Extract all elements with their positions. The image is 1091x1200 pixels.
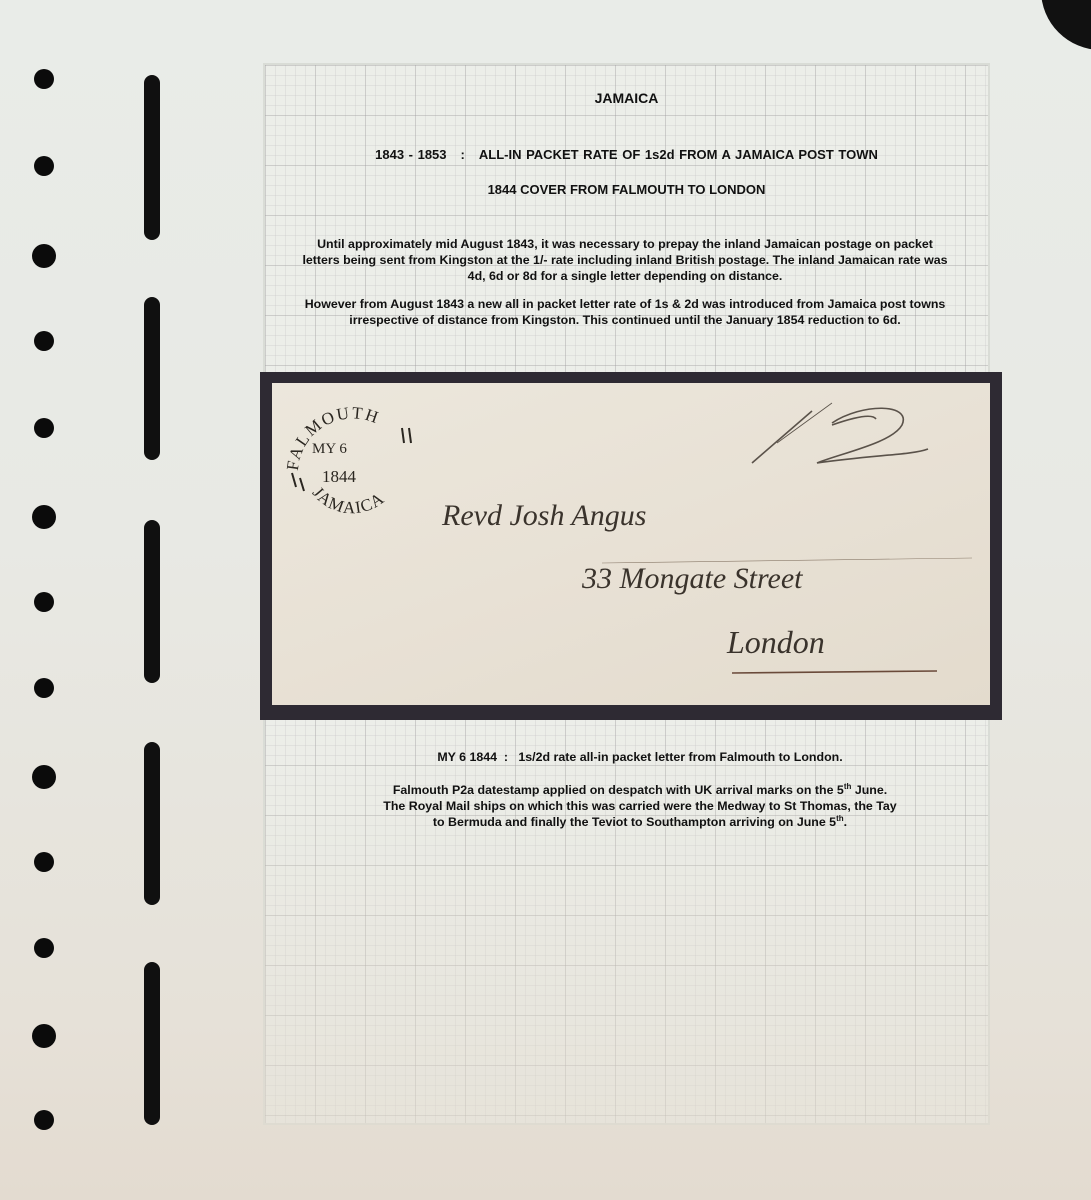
falmouth-datestamp-icon: FALMOUTH JAMAICA MY 6 1844 [283, 403, 411, 517]
page-title: JAMAICA [263, 90, 990, 106]
binder-hole [32, 505, 56, 529]
binder-hole [34, 1110, 54, 1130]
datestamp-year: 1844 [322, 467, 357, 486]
binder-hole [34, 331, 54, 351]
page-subtitle: 1843 - 1853:ALL-IN PACKET RATE OF 1s2d F… [263, 147, 990, 162]
binder-hole [32, 765, 56, 789]
description-paragraph-1: Until approximately mid August 1843, it … [300, 236, 950, 284]
rate-marking-icon [752, 403, 928, 463]
notes-line-1: Falmouth P2a datestamp applied on despat… [300, 782, 980, 798]
binder-slot [144, 520, 160, 683]
binder-hole [34, 69, 54, 89]
datestamp-bottom-text: JAMAICA [309, 483, 388, 517]
binder-hole [34, 156, 54, 176]
caption-description: 1s/2d rate all-in packet letter from Fal… [518, 750, 842, 764]
cover-caption: MY 6 1844 : 1s/2d rate all-in packet let… [300, 750, 980, 764]
subtitle-separator: : [461, 147, 465, 162]
postal-cover: FALMOUTH JAMAICA MY 6 1844 [272, 383, 990, 705]
binder-hole [32, 1024, 56, 1048]
handwritten-address: Revd Josh Angus 33 Mongate Street London [441, 499, 972, 673]
subtitle-period: 1843 - 1853 [375, 147, 446, 162]
binder-hole [32, 244, 56, 268]
binder-hole [34, 418, 54, 438]
svg-text:JAMAICA: JAMAICA [309, 483, 388, 517]
address-line-street: 33 Mongate Street [581, 562, 803, 595]
description-paragraph-2: However from August 1843 a new all in pa… [300, 296, 950, 328]
datestamp-date: MY 6 [312, 441, 347, 457]
binder-hole [34, 938, 54, 958]
caption-separator: : [504, 750, 508, 764]
binder-slot [144, 742, 160, 905]
caption-date: MY 6 1844 [437, 750, 497, 764]
datestamp-top-text: FALMOUTH [283, 403, 383, 471]
cover-notes: Falmouth P2a datestamp applied on despat… [300, 782, 980, 830]
binder-slot [144, 297, 160, 460]
binder-slot [144, 962, 160, 1125]
notes-line-2: The Royal Mail ships on which this was c… [300, 798, 980, 814]
address-line-city: London [726, 624, 825, 660]
address-line-name: Revd Josh Angus [441, 499, 646, 532]
subtitle-heading: ALL-IN PACKET RATE OF 1s2d FROM A JAMAIC… [479, 147, 878, 162]
binder-hole [34, 852, 54, 872]
page-corner-shadow [1041, 0, 1091, 50]
cover-heading: 1844 COVER FROM FALMOUTH TO LONDON [263, 182, 990, 197]
notes-line-3: to Bermuda and finally the Teviot to Sou… [300, 814, 980, 830]
cover-markings: FALMOUTH JAMAICA MY 6 1844 [272, 383, 990, 705]
svg-text:FALMOUTH: FALMOUTH [283, 403, 383, 471]
binder-hole [34, 678, 54, 698]
binder-slot [144, 75, 160, 240]
binder-hole [34, 592, 54, 612]
